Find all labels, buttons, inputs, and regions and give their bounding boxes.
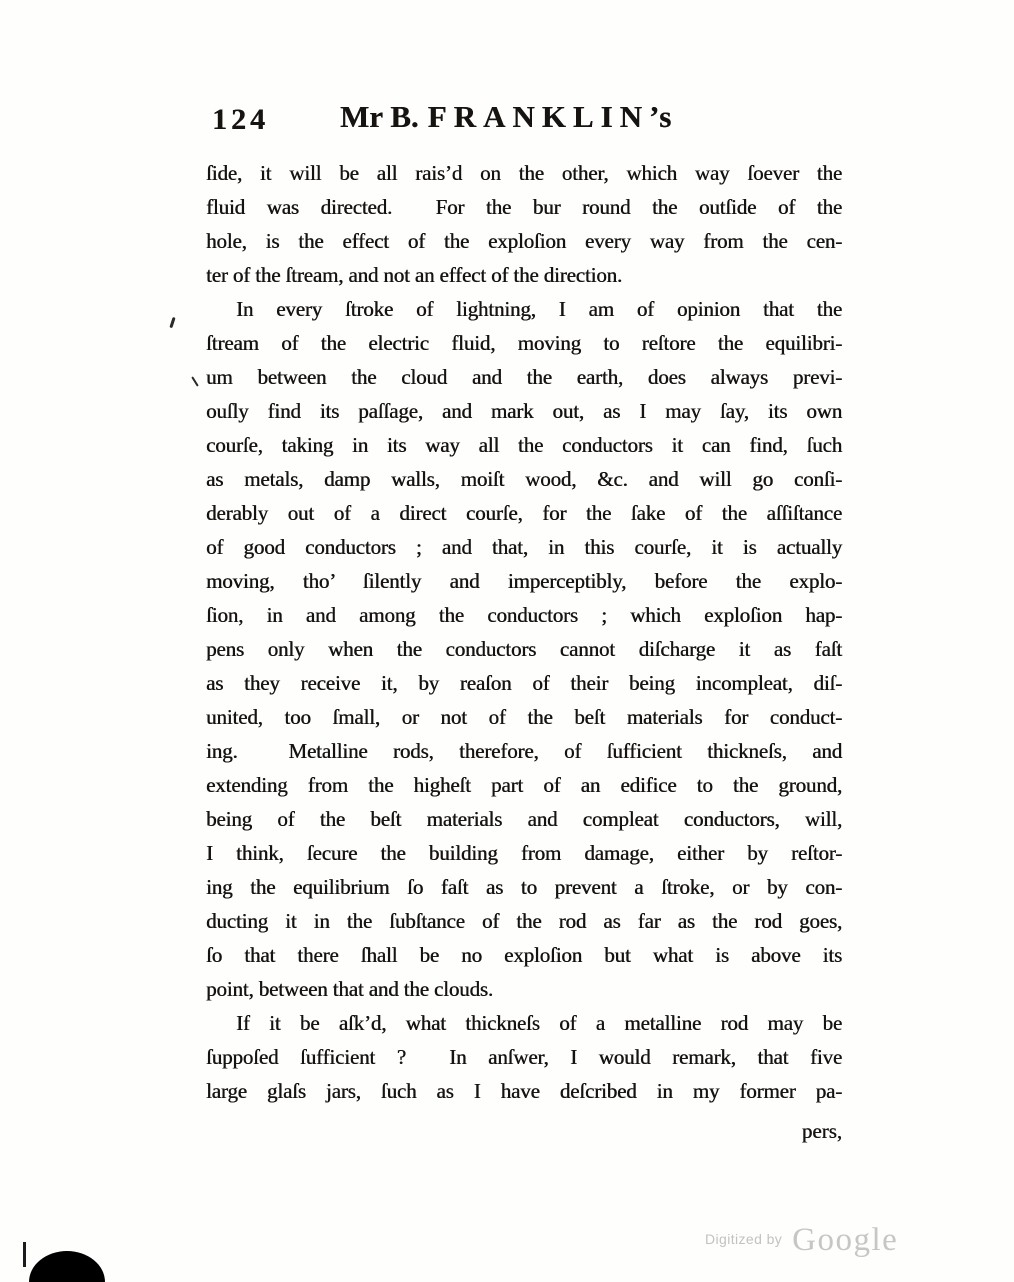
text-line: as metals, damp walls, moiſt wood, &c. a… bbox=[206, 462, 842, 496]
page-number: 124 bbox=[212, 103, 269, 137]
text-line: In every ſtroke of lightning, I am of op… bbox=[206, 292, 842, 326]
text-line: courſe, taking in its way all the conduc… bbox=[206, 428, 842, 462]
google-logo: Google bbox=[792, 1222, 898, 1258]
running-header: Mr B.FRANKLIN’s bbox=[340, 99, 672, 135]
text-line: ter of the ſtream, and not an effect of … bbox=[206, 258, 842, 292]
text-line: as they receive it, by reaſon of their b… bbox=[206, 666, 842, 700]
text-line: ſtream of the electric fluid, moving to … bbox=[206, 326, 842, 360]
scan-artifact-mark bbox=[169, 317, 175, 328]
text-line: um between the cloud and the earth, does… bbox=[206, 360, 842, 394]
catchword: pers, bbox=[206, 1114, 842, 1148]
text-line: of good conductors ; and that, in this c… bbox=[206, 530, 842, 564]
text-line: If it be aſk’d, what thickneſs of a meta… bbox=[206, 1006, 842, 1040]
google-watermark: Digitized by Google bbox=[705, 1222, 898, 1259]
text-line: ing the equilibrium ſo faſt as to preven… bbox=[206, 870, 842, 904]
text-line: derably out of a direct courſe, for the … bbox=[206, 496, 842, 530]
text-line: ſion, in and among the conductors ; whic… bbox=[206, 598, 842, 632]
scanned-book-page: 124 Mr B.FRANKLIN’s ſide, it will be all… bbox=[0, 0, 1014, 1282]
text-line: ſuppoſed ſufficient ? In anſwer, I would… bbox=[206, 1040, 842, 1074]
text-line: fluid was directed. For the bur round th… bbox=[206, 190, 842, 224]
digitized-by-label: Digitized by bbox=[705, 1231, 782, 1247]
running-header-prefix: Mr B. bbox=[340, 99, 419, 134]
text-line: ſo that there ſhall be no exploſion but … bbox=[206, 938, 842, 972]
text-line: moving, tho’ ſilently and imperceptibly,… bbox=[206, 564, 842, 598]
text-line: large glaſs jars, ſuch as I have deſcrib… bbox=[206, 1074, 842, 1108]
text-line: ducting it in the ſubſtance of the rod a… bbox=[206, 904, 842, 938]
text-line: ſide, it will be all rais’d on the other… bbox=[206, 156, 842, 190]
body-text-block: ſide, it will be all rais’d on the other… bbox=[206, 156, 842, 1148]
running-header-name: FRANKLIN bbox=[428, 99, 649, 134]
text-line: united, too ſmall, or not of the beſt ma… bbox=[206, 700, 842, 734]
text-line: ouſly find its paſſage, and mark out, as… bbox=[206, 394, 842, 428]
text-line: ing. Metalline rods, therefore, of ſuffi… bbox=[206, 734, 842, 768]
text-line: pens only when the conductors cannot diſ… bbox=[206, 632, 842, 666]
scan-artifact-tick bbox=[23, 1242, 26, 1267]
running-header-suffix: ’s bbox=[649, 99, 672, 134]
text-line: point, between that and the clouds. bbox=[206, 972, 842, 1006]
scan-artifact-blob bbox=[29, 1251, 105, 1282]
scan-artifact-mark bbox=[191, 376, 199, 386]
text-line: hole, is the effect of the exploſion eve… bbox=[206, 224, 842, 258]
text-line: I think, ſecure the building from damage… bbox=[206, 836, 842, 870]
text-line: being of the beſt materials and compleat… bbox=[206, 802, 842, 836]
text-line: extending from the higheſt part of an ed… bbox=[206, 768, 842, 802]
